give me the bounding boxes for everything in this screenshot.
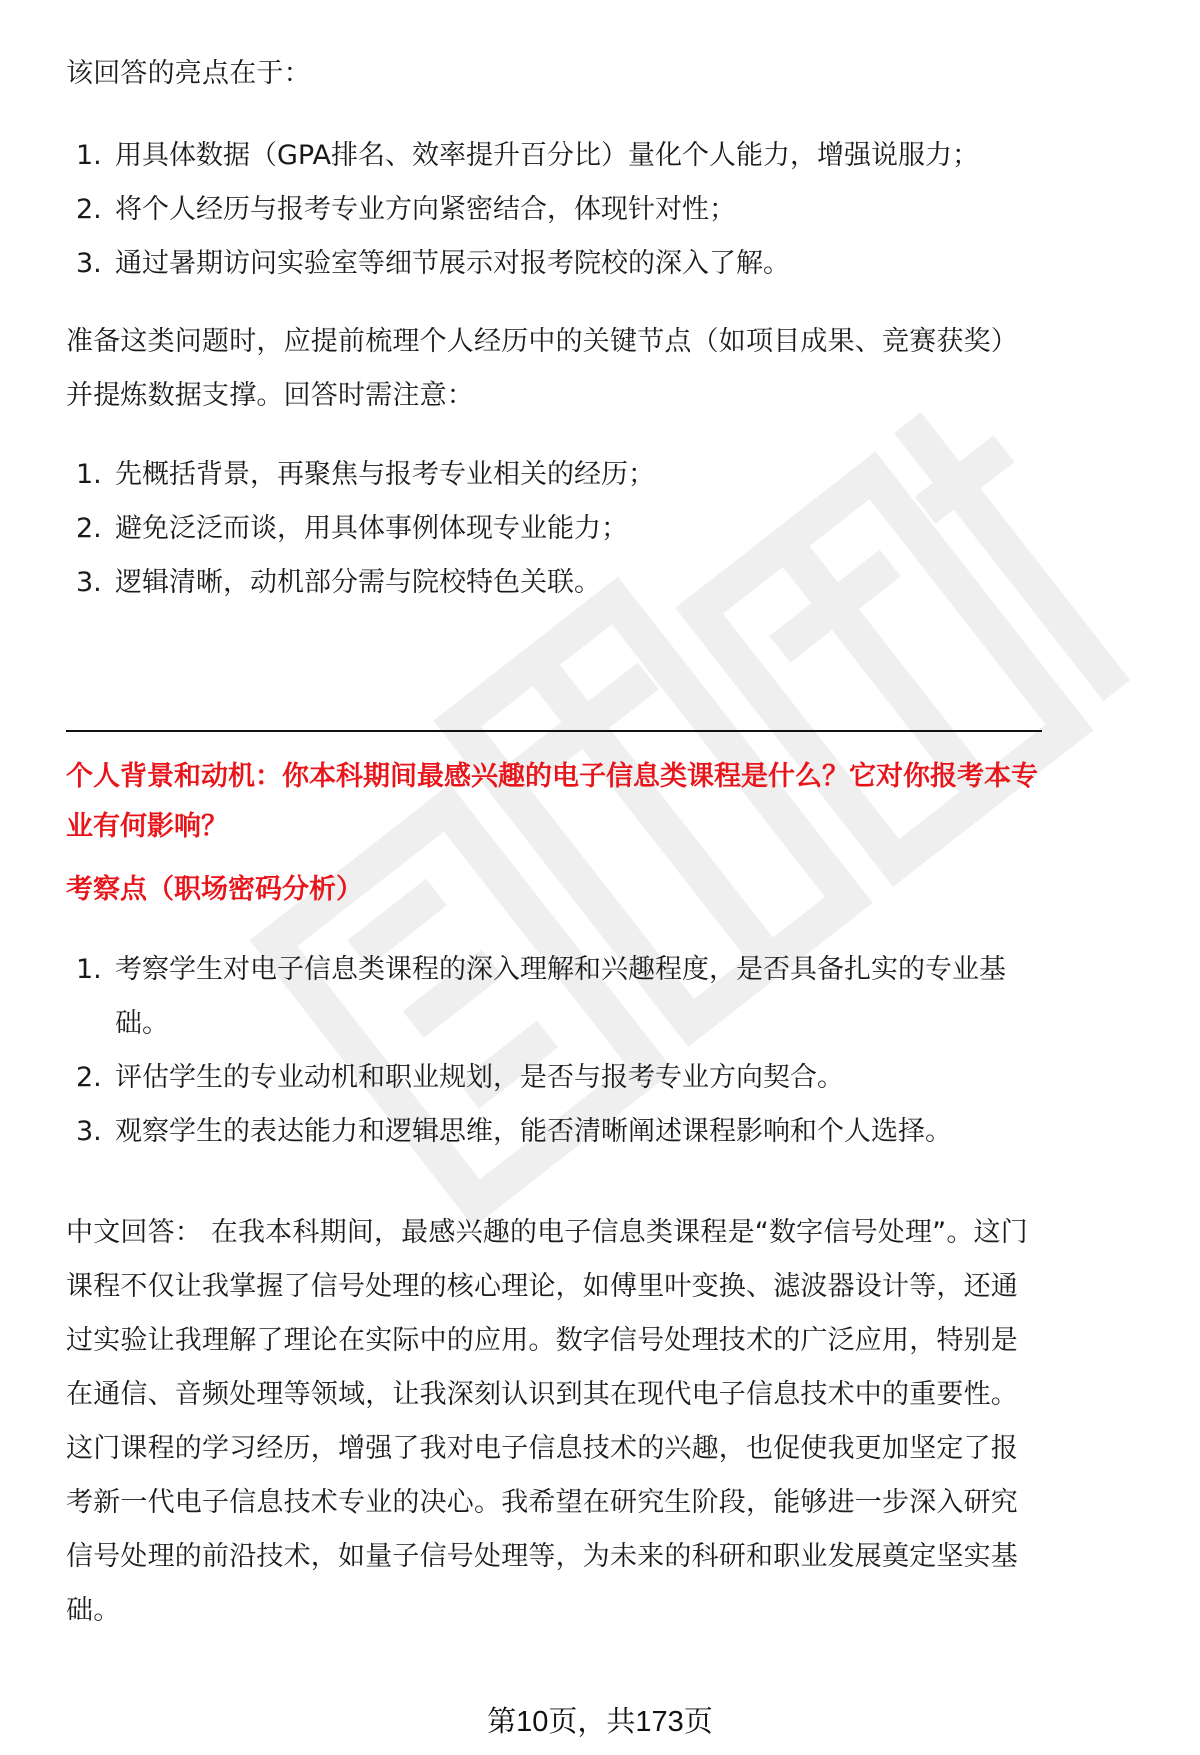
highlights-intro: 该回答的亮点在于： — [66, 47, 1042, 101]
list-text: 考察学生对电子信息类课程的深入理解和兴趣程度，是否具备扎实的专业基础。 — [115, 954, 1006, 1039]
highlights-list: 1. 用具体数据（GPA排名、效率提升百分比）量化个人能力，增强说服力； 2. … — [66, 129, 1042, 291]
section-divider — [66, 730, 1042, 732]
list-number: 1. — [76, 448, 102, 502]
list-number: 3. — [76, 556, 102, 610]
list-number: 3. — [76, 237, 102, 291]
list-item: 2. 避免泛泛而谈，用具体事例体现专业能力； — [66, 502, 1042, 556]
question-heading: 个人背景和动机：你本科期间最感兴趣的电子信息类课程是什么？它对你报考本专业有何影… — [66, 752, 1042, 852]
list-number: 1. — [76, 129, 102, 183]
prep-paragraph: 准备这类问题时，应提前梳理个人经历中的关键节点（如项目成果、竞赛获奖）并提炼数据… — [66, 315, 1042, 423]
list-item: 3. 逻辑清晰，动机部分需与院校特色关联。 — [66, 556, 1042, 610]
list-text: 评估学生的专业动机和职业规划，是否与报考专业方向契合。 — [115, 1062, 844, 1093]
list-text: 避免泛泛而谈，用具体事例体现专业能力； — [115, 513, 628, 544]
list-item: 2. 评估学生的专业动机和职业规划，是否与报考专业方向契合。 — [66, 1051, 1042, 1105]
list-text: 先概括背景，再聚焦与报考专业相关的经历； — [115, 459, 655, 490]
list-item: 3. 通过暑期访问实验室等细节展示对报考院校的深入了解。 — [66, 237, 1042, 291]
list-text: 逻辑清晰，动机部分需与院校特色关联。 — [115, 567, 601, 598]
list-number: 2. — [76, 502, 102, 556]
list-text: 将个人经历与报考专业方向紧密结合，体现针对性； — [115, 194, 736, 225]
list-item: 1. 先概括背景，再聚焦与报考专业相关的经历； — [66, 448, 1042, 502]
list-text: 观察学生的表达能力和逻辑思维，能否清晰阐述课程影响和个人选择。 — [115, 1116, 952, 1147]
list-number: 2. — [76, 1051, 102, 1105]
assessment-points-list: 1. 考察学生对电子信息类课程的深入理解和兴趣程度，是否具备扎实的专业基础。 2… — [66, 943, 1042, 1159]
list-item: 1. 考察学生对电子信息类课程的深入理解和兴趣程度，是否具备扎实的专业基础。 — [66, 943, 1042, 1051]
answer-paragraph: 中文回答： 在我本科期间，最感兴趣的电子信息类课程是“数字信号处理”。这门课程不… — [66, 1206, 1042, 1638]
list-text: 通过暑期访问实验室等细节展示对报考院校的深入了解。 — [115, 248, 790, 279]
list-number: 3. — [76, 1105, 102, 1159]
list-number: 2. — [76, 183, 102, 237]
list-item: 2. 将个人经历与报考专业方向紧密结合，体现针对性； — [66, 183, 1042, 237]
list-item: 1. 用具体数据（GPA排名、效率提升百分比）量化个人能力，增强说服力； — [66, 129, 1042, 183]
assessment-heading: 考察点（职场密码分析） — [66, 865, 1042, 915]
list-item: 3. 观察学生的表达能力和逻辑思维，能否清晰阐述课程影响和个人选择。 — [66, 1105, 1042, 1159]
list-text: 用具体数据（GPA排名、效率提升百分比）量化个人能力，增强说服力； — [115, 140, 979, 171]
prep-tips-list: 1. 先概括背景，再聚焦与报考专业相关的经历； 2. 避免泛泛而谈，用具体事例体… — [66, 448, 1042, 610]
list-number: 1. — [76, 943, 102, 997]
page-indicator: 第10页，共173页 — [0, 1702, 1200, 1742]
